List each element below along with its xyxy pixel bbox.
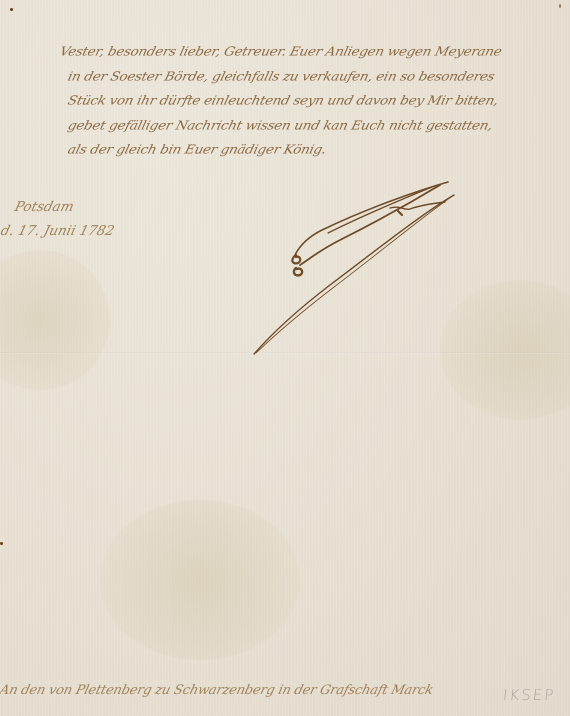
ink-spot	[10, 8, 13, 11]
ink-spot	[559, 4, 561, 8]
paper-stain	[100, 500, 300, 660]
dateline: Potsdam d. 17. Junii 1782	[0, 195, 123, 243]
letter-body: Vester, besonders lieber, Getreuer. Euer…	[60, 40, 560, 163]
paper-stain	[0, 250, 110, 390]
letter-line: Vester, besonders lieber, Getreuer. Euer…	[57, 41, 563, 64]
signature	[250, 175, 460, 360]
letter-line: Stück von ihr dürfte einleuchtend seyn u…	[57, 90, 563, 113]
dateline-date: d. 17. Junii 1782	[0, 219, 117, 243]
letter-line: in der Soester Börde, gleichfalls zu ver…	[57, 65, 563, 88]
address-line: An den von Plettenberg zu Schwarzenberg …	[0, 683, 482, 698]
archive-pencil-mark: IKSEP	[502, 686, 556, 704]
ink-spot	[0, 542, 3, 545]
signature-flourish-icon	[250, 175, 460, 360]
dateline-place: Potsdam	[4, 195, 123, 219]
letter-line: gebet gefälliger Nachricht wissen und ka…	[57, 114, 563, 137]
letter-line: als der gleich bin Euer gnädiger König.	[57, 139, 563, 162]
letter-sheet: Vester, besonders lieber, Getreuer. Euer…	[0, 0, 570, 716]
